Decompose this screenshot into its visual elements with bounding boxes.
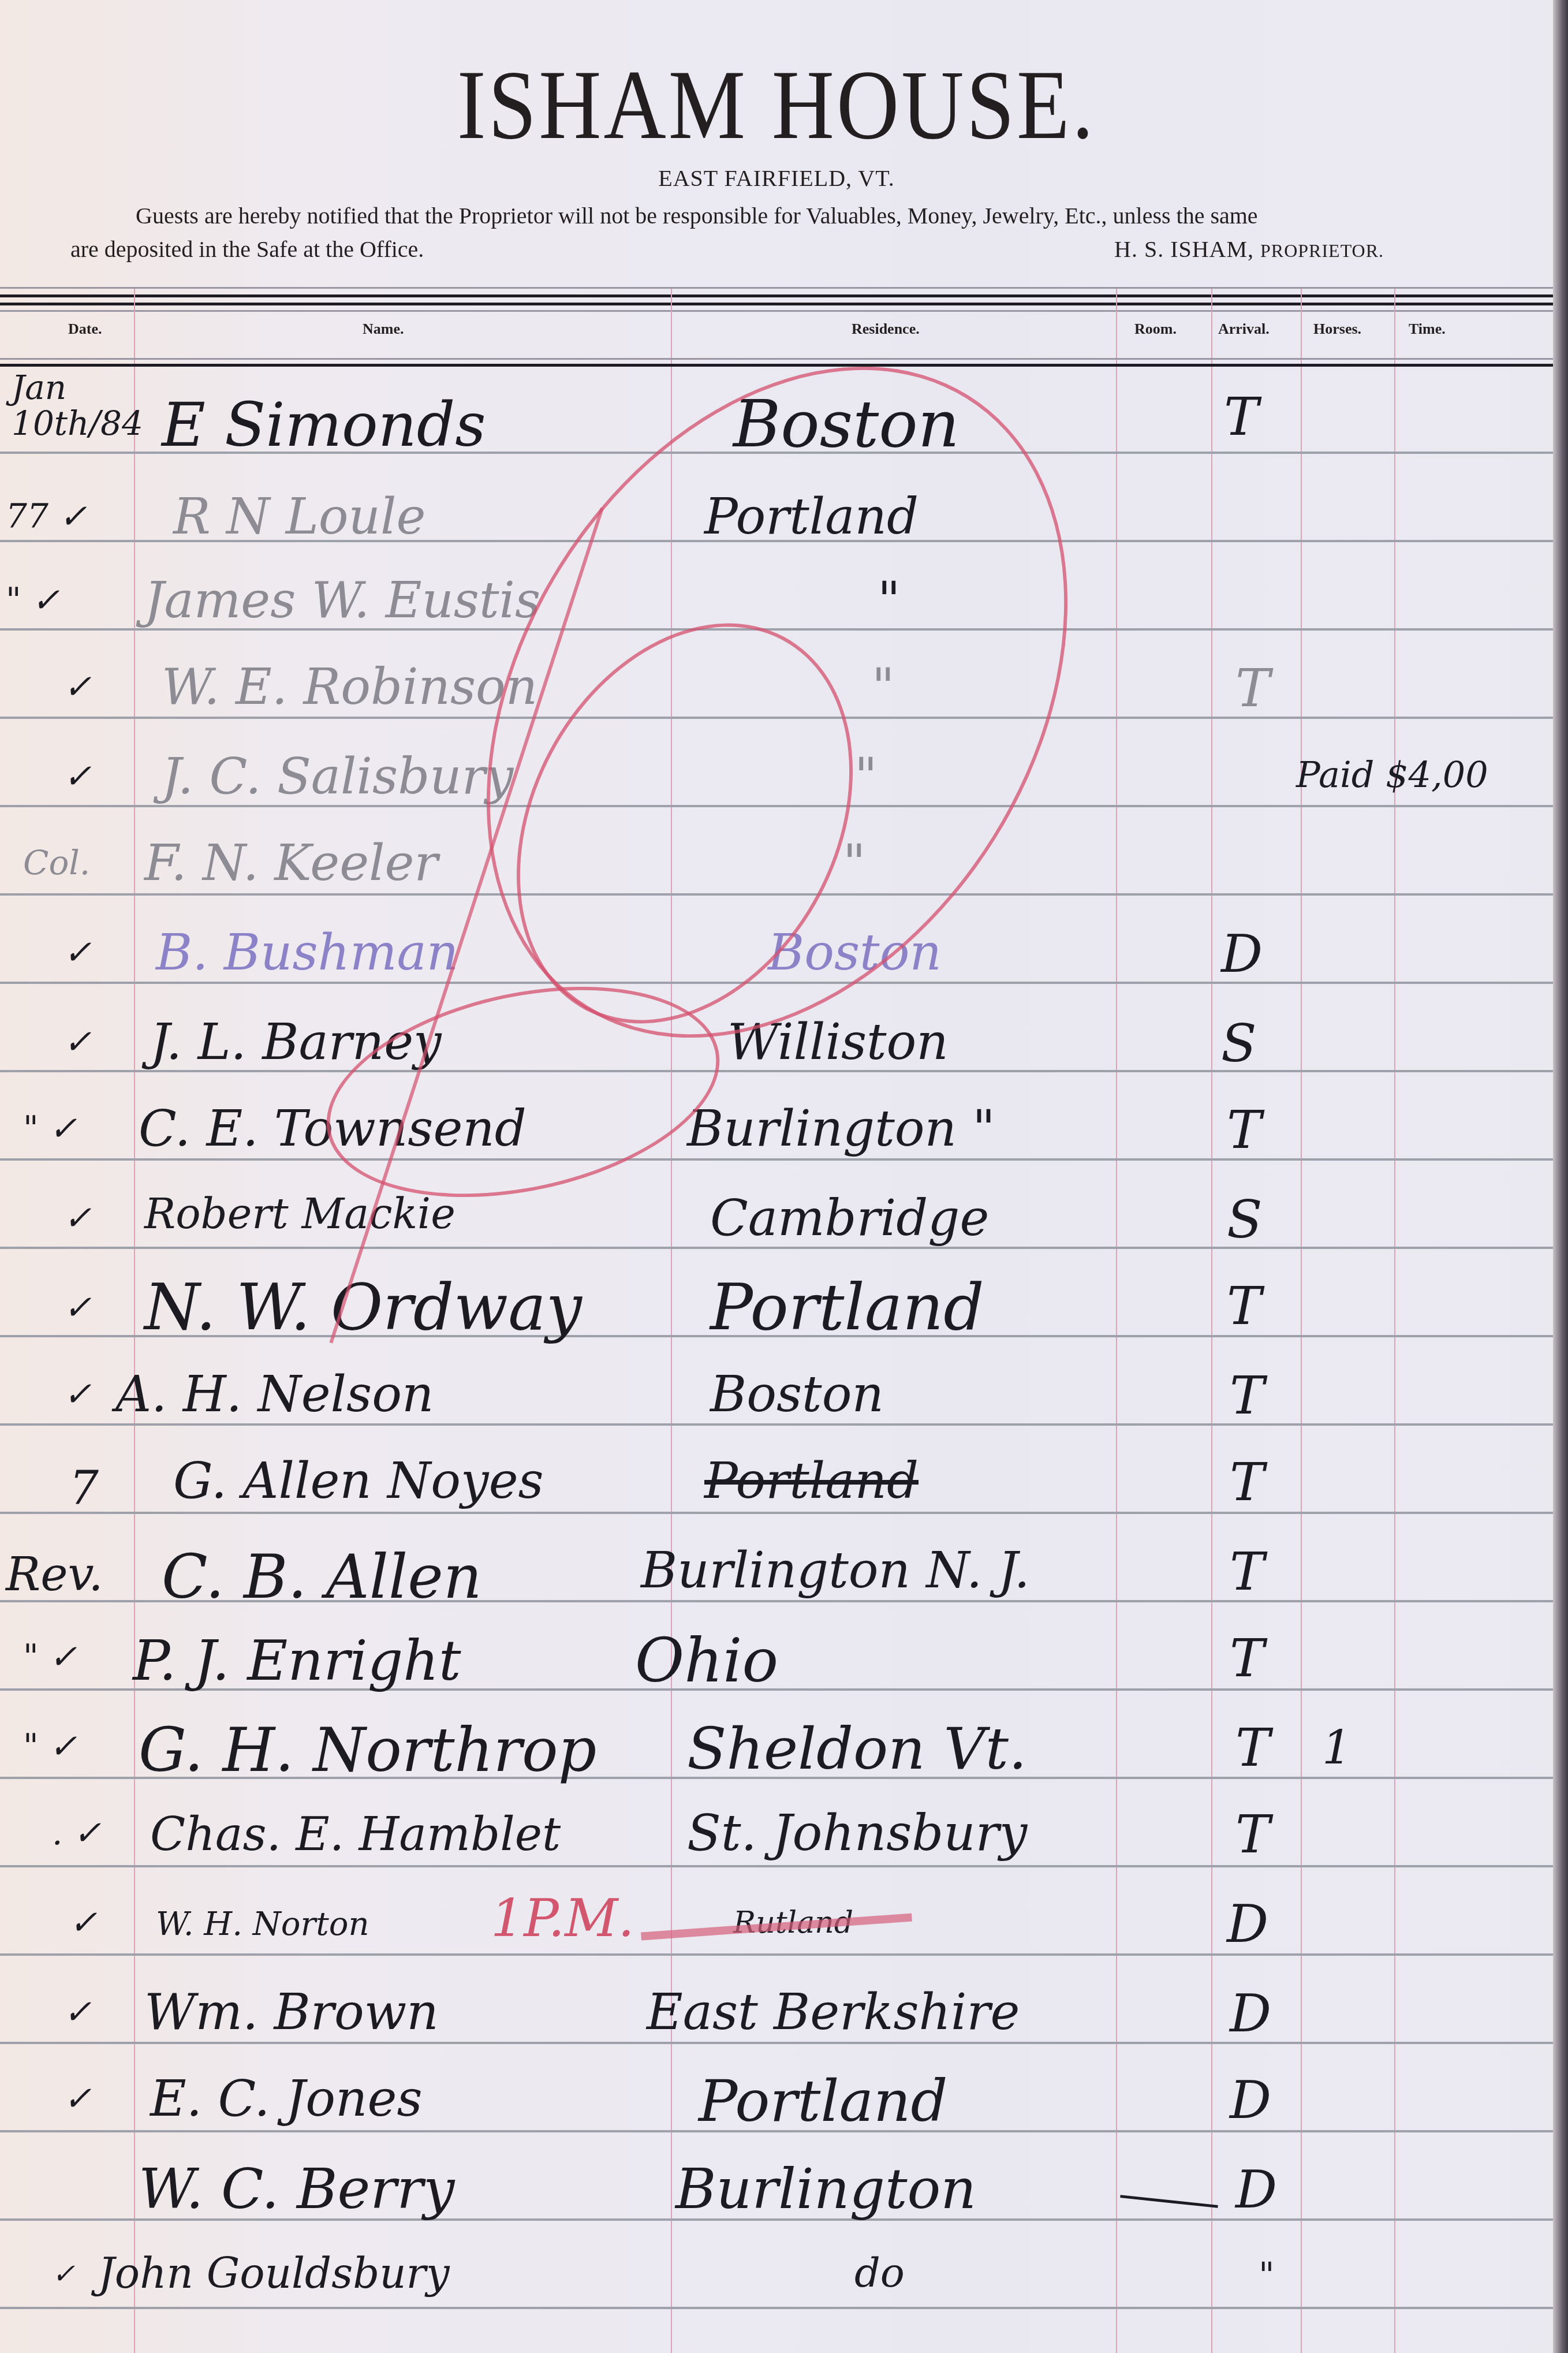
entry-arrival: T bbox=[1230, 1366, 1264, 1426]
entry-date: ✓ bbox=[52, 2258, 75, 2290]
hotel-location: EAST FAIRFIELD, VT. bbox=[0, 165, 1553, 192]
entry-date: ✓ bbox=[64, 1992, 92, 2031]
entry-name: James W. Eustis bbox=[144, 572, 540, 629]
header-rule-thin-top bbox=[0, 287, 1553, 289]
entry-arrival: D bbox=[1230, 2070, 1271, 2131]
header-bottom-rule-thin bbox=[0, 358, 1553, 360]
proprietor-title: PROPRIETOR. bbox=[1260, 240, 1384, 261]
header-rule-thick-1 bbox=[0, 294, 1553, 297]
entry-name: John Gouldsbury bbox=[98, 2249, 450, 2298]
row-rule bbox=[0, 1158, 1553, 1161]
entry-arrival: " bbox=[1259, 2255, 1275, 2295]
entry-name: E Simonds bbox=[162, 390, 486, 460]
entry-date: ✓ bbox=[64, 1288, 92, 1327]
entry-residence: East Berkshire bbox=[647, 1983, 1020, 2041]
entry-name: G. H. Northrop bbox=[139, 1715, 596, 1785]
entry-date: Rev. bbox=[6, 1547, 103, 1601]
entry-name: W. H. Norton bbox=[156, 1905, 369, 1943]
entry-date: Jan 10th/84 bbox=[12, 370, 127, 441]
entry-arrival: T bbox=[1227, 1276, 1261, 1337]
entry-date: ✓ bbox=[64, 1022, 92, 1061]
paid-note: Paid $4,00 bbox=[1296, 754, 1488, 796]
entry-date: " ✓ bbox=[23, 1109, 77, 1148]
entry-name: W. E. Robinson bbox=[162, 658, 537, 716]
entry-arrival: T bbox=[1224, 387, 1259, 448]
entry-name: A. H. Nelson bbox=[115, 1366, 434, 1423]
entry-residence: Burlington " bbox=[687, 1100, 995, 1158]
proprietor-signature: H. S. ISHAM, PROPRIETOR. bbox=[1114, 236, 1384, 263]
entry-name: C. B. Allen bbox=[162, 1542, 482, 1612]
entry-residence: Ohio bbox=[635, 1625, 778, 1696]
entry-residence: Burlington bbox=[675, 2157, 976, 2221]
entry-name: Chas. E. Hamblet bbox=[150, 1807, 561, 1861]
entry-name: R N Loule bbox=[173, 488, 425, 546]
entry-residence: do bbox=[854, 2249, 905, 2296]
entry-residence: Sheldon Vt. bbox=[687, 1715, 1027, 1783]
column-header-date: Date. bbox=[68, 320, 102, 338]
row-rule bbox=[0, 1512, 1553, 1514]
column-header-name: Name. bbox=[363, 320, 404, 338]
entry-name: J. C. Salisbury bbox=[162, 748, 513, 806]
entry-name: G. Allen Noyes bbox=[173, 1452, 544, 1510]
entry-date: ✓ bbox=[64, 1198, 92, 1237]
entry-arrival: T bbox=[1227, 1100, 1261, 1161]
entry-name: F. N. Keeler bbox=[144, 834, 438, 892]
column-header-time: Time. bbox=[1409, 320, 1446, 338]
entry-residence: Burlington N. J. bbox=[641, 1542, 1030, 1599]
entry-name: E. C. Jones bbox=[150, 2070, 423, 2128]
book-edge bbox=[1553, 0, 1568, 2353]
entry-date: ✓ bbox=[64, 933, 92, 972]
header-rule-thick-2 bbox=[0, 303, 1553, 305]
entry-residence: Portland bbox=[699, 2067, 947, 2135]
entry-name: W. C. Berry bbox=[139, 2157, 454, 2221]
entry-horses: 1 bbox=[1322, 1721, 1352, 1774]
entry-name: B. Bushman bbox=[156, 924, 458, 982]
entry-arrival: T bbox=[1235, 658, 1270, 719]
entry-residence: Portland bbox=[704, 1452, 919, 1510]
notice-line-1: Guests are hereby notified that the Prop… bbox=[136, 202, 1258, 229]
column-header-horses: Horses. bbox=[1313, 320, 1361, 338]
entry-name: Wm. Brown bbox=[144, 1983, 439, 2041]
entry-date: ✓ bbox=[64, 2079, 92, 2118]
entry-arrival: T bbox=[1235, 1718, 1270, 1778]
row-rule bbox=[0, 2042, 1553, 2044]
entry-arrival: S bbox=[1227, 1189, 1263, 1250]
entry-date: . ✓ bbox=[52, 1813, 101, 1852]
entry-name: N. W. Ordway bbox=[144, 1270, 582, 1344]
hotel-title: ISHAM HOUSE. bbox=[0, 47, 1553, 162]
entry-date: Col. bbox=[23, 843, 90, 882]
entry-date: " ✓ bbox=[23, 1726, 77, 1766]
entry-arrival: T bbox=[1230, 1628, 1264, 1689]
entry-residence: St. Johnsbury bbox=[687, 1804, 1027, 1862]
entry-date: ✓ bbox=[69, 1903, 98, 1942]
entry-arrival: T bbox=[1230, 1542, 1264, 1602]
ditto-dash bbox=[1120, 2195, 1218, 2208]
entry-name: P. J. Enright bbox=[133, 1628, 461, 1693]
entry-arrival: D bbox=[1221, 924, 1263, 985]
column-header-residence: Residence. bbox=[852, 320, 920, 338]
entry-date: ✓ bbox=[64, 756, 92, 796]
header-rule-thin-bottom bbox=[0, 310, 1553, 312]
entry-arrival: T bbox=[1235, 1804, 1270, 1865]
entry-arrival: D bbox=[1235, 2160, 1277, 2220]
register-page: ISHAM HOUSE. EAST FAIRFIELD, VT. Guests … bbox=[0, 0, 1553, 2353]
entry-residence: Portland bbox=[710, 1270, 984, 1344]
row-rule bbox=[0, 1865, 1553, 1867]
entry-arrival: D bbox=[1230, 1983, 1271, 2044]
entry-date: 7 bbox=[69, 1461, 99, 1515]
row-rule bbox=[0, 1953, 1553, 1956]
entry-residence: Cambridge bbox=[710, 1189, 989, 1247]
entry-date: " ✓ bbox=[6, 580, 60, 620]
column-header-arrival: Arrival. bbox=[1218, 320, 1270, 338]
row-rule bbox=[0, 2307, 1553, 2309]
notice-line-2: are deposited in the Safe at the Office. bbox=[70, 236, 424, 263]
entry-residence: Boston bbox=[710, 1366, 884, 1423]
column-header-room: Room. bbox=[1134, 320, 1177, 338]
entry-date: 77 ✓ bbox=[6, 497, 87, 536]
proprietor-name: H. S. ISHAM, bbox=[1114, 236, 1254, 262]
entry-name: Robert Mackie bbox=[144, 1189, 456, 1238]
entry-arrival: S bbox=[1221, 1013, 1257, 1074]
entry-date: ✓ bbox=[64, 667, 92, 706]
red-pencil-note: 1P.M. bbox=[491, 1888, 634, 1949]
entry-arrival: T bbox=[1230, 1452, 1264, 1513]
entry-arrival: D bbox=[1227, 1894, 1268, 1955]
row-rule bbox=[0, 1423, 1553, 1426]
header-bottom-rule bbox=[0, 364, 1553, 367]
entry-date: ✓ bbox=[64, 1374, 92, 1414]
entry-date: " ✓ bbox=[23, 1637, 77, 1676]
